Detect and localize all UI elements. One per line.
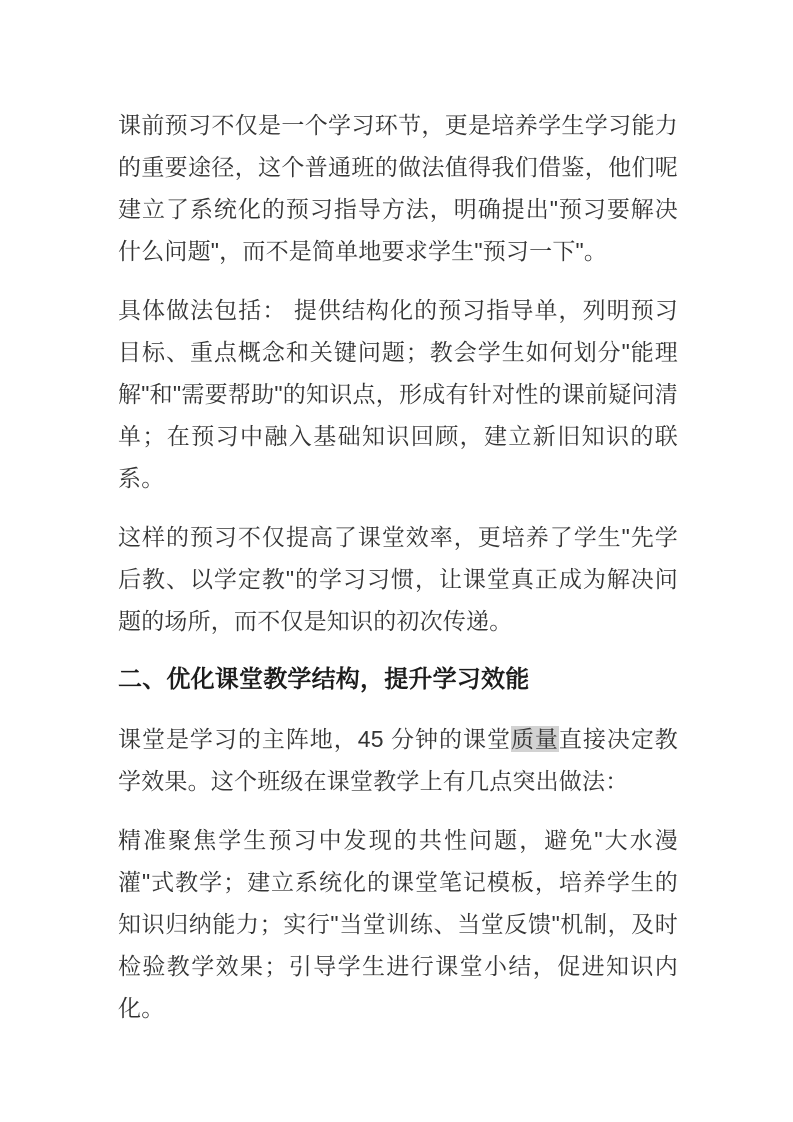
paragraph-classroom-intro: 课堂是学习的主阵地，45 分钟的课堂质量直接决定教学效果。这个班级在课堂教学上有… [118, 718, 678, 802]
paragraph-concrete-methods: 具体做法包括： 提供结构化的预习指导单，列明预习目标、重点概念和关键问题；教会学… [118, 289, 678, 499]
section-heading-2: 二、优化课堂教学结构，提升学习效能 [118, 659, 678, 701]
paragraph-preview-benefits: 这样的预习不仅提高了课堂效率，更培养了学生"先学后教、以学定教"的学习习惯，让课… [118, 516, 678, 642]
paragraph-text-before-highlight: 课堂是学习的主阵地，45 分钟的课堂 [118, 726, 511, 752]
document-page: 课前预习不仅是一个学习环节，更是培养学生学习能力的重要途径，这个普通班的做法值得… [0, 0, 793, 1122]
document-body: 课前预习不仅是一个学习环节，更是培养学生学习能力的重要途径，这个普通班的做法值得… [0, 0, 793, 1029]
paragraph-preview-importance: 课前预习不仅是一个学习环节，更是培养学生学习能力的重要途径，这个普通班的做法值得… [118, 104, 678, 272]
paragraph-classroom-practices: 精准聚焦学生预习中发现的共性问题，避免"大水漫灌"式教学；建立系统化的课堂笔记模… [118, 819, 678, 1029]
highlighted-text: 质量 [511, 726, 559, 752]
